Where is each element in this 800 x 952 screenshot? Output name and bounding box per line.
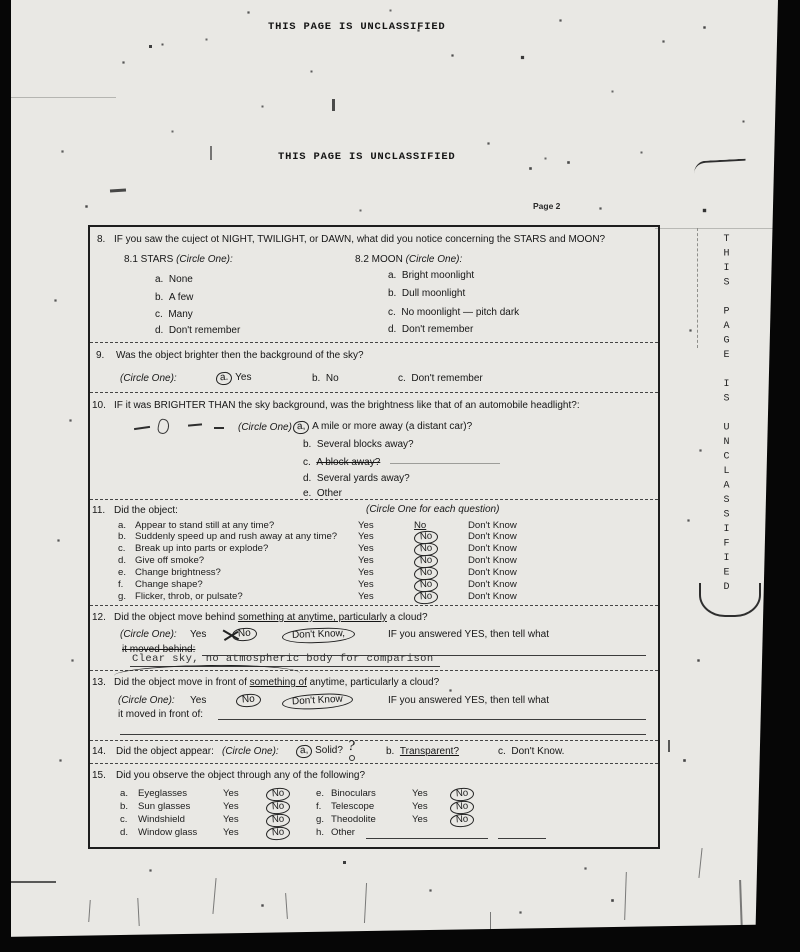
scan-scratch	[739, 880, 743, 932]
q9-number: 9.	[96, 350, 104, 361]
q10-circle-one: (Circle One)	[238, 422, 292, 433]
q10-option-e: e. Other	[303, 488, 342, 499]
q14-text: Did the object appear:	[116, 746, 214, 757]
q8-stars-option: d. Don't remember	[155, 325, 240, 336]
option-letter: c.	[155, 309, 163, 320]
question-10-section: 10. IF it was BRIGHTER THAN the sky back…	[90, 392, 658, 499]
row-label: Change brightness?	[135, 567, 221, 578]
row-label: Binoculars	[331, 788, 376, 799]
scan-scratch	[88, 900, 91, 922]
q10-text: IF it was BRIGHTER THAN the sky backgrou…	[114, 400, 580, 411]
q11-row-c: c.Break up into parts or explode? YesNoD…	[90, 543, 658, 554]
row-letter: g.	[118, 591, 126, 602]
option-letter: b.	[312, 373, 320, 384]
question-15-section: 15. Did you observe the object through a…	[90, 763, 658, 847]
q11-row-g: g.Flicker, throb, or pulsate? YesNoDon't…	[90, 591, 658, 602]
dont-know-option: Don't Know	[468, 520, 517, 531]
question-8-section: 8. IF you saw the cuject ot NIGHT, TWILI…	[90, 227, 658, 342]
scan-scratch	[364, 883, 367, 923]
scan-edge-bottom	[0, 920, 800, 952]
row-label: Suddenly speed up and rush away at any t…	[135, 531, 337, 542]
option-letter: c.	[498, 746, 506, 757]
q8-text: IF you saw the cuject ot NIGHT, TWILIGHT…	[114, 234, 605, 245]
row-label: Eyeglasses	[138, 788, 187, 799]
yes-option: Yes	[358, 579, 374, 590]
yes-option: Yes	[223, 801, 239, 812]
yes-option: Yes	[358, 531, 374, 542]
q10-option-b: b. Several blocks away?	[303, 439, 414, 450]
q13-circle-one: (Circle One):	[118, 695, 175, 706]
q8-stars-option: b. A few	[155, 292, 193, 303]
no-option-circled: No	[450, 800, 475, 815]
scanned-document-page: { "colors": { "paper": "#e9e8e4", "ink":…	[0, 0, 800, 952]
q13-number: 13.	[92, 677, 106, 688]
q15-row-3: c.Windshield YesNo g.Theodolite YesNo	[90, 814, 658, 826]
q10-option-c: c. A block away?	[303, 457, 380, 468]
q12-yes: Yes	[190, 629, 206, 640]
row-letter: d.	[118, 555, 126, 566]
q14-circle-one: (Circle One):	[222, 746, 279, 757]
option-label: Don't remember	[411, 373, 482, 384]
option-label: Don't remember	[402, 324, 473, 335]
option-letter: d.	[388, 324, 396, 335]
scan-artifact-line	[0, 97, 116, 98]
yes-option: Yes	[412, 801, 428, 812]
row-letter: a.	[120, 788, 128, 799]
bracket-mark-top	[694, 159, 747, 178]
row-letter: d.	[120, 827, 128, 838]
option-letter: c.	[388, 307, 396, 318]
row-label: Flicker, throb, or pulsate?	[135, 591, 243, 602]
option-label: Dull moonlight	[402, 288, 465, 299]
scan-artifact-line	[655, 228, 773, 229]
q11-number: 11.	[92, 505, 105, 516]
q13-moved-front-label: it moved in front of:	[118, 709, 203, 720]
pencil-squiggle	[157, 418, 171, 435]
option-letter: b.	[155, 292, 163, 303]
classification-banner-mid: THIS PAGE IS UNCLASSIFIED	[278, 151, 456, 163]
no-option-circled: No	[450, 813, 475, 828]
no-option-circled: No	[450, 787, 475, 802]
classification-vertical-note: THIS PAGE IS UNCLASSIFIED	[721, 234, 732, 597]
q8-moon-option: c. No moonlight — pitch dark	[388, 307, 519, 318]
row-letter: h.	[316, 827, 324, 838]
q12-text-pre: Did the object move behind	[114, 612, 238, 623]
q8-moon-option: d. Don't remember	[388, 324, 473, 335]
q15-text: Did you observe the object through any o…	[116, 770, 365, 781]
option-letter: c.	[398, 373, 406, 384]
no-option-circled: No	[414, 590, 439, 605]
scan-artifact-tick	[668, 740, 670, 752]
option-letter: b.	[386, 746, 394, 757]
row-letter: f.	[316, 801, 321, 812]
question-11-section: 11. Did the object: (Circle One for each…	[90, 499, 658, 605]
q8-stars-circle-one: (Circle One):	[176, 254, 233, 265]
row-label: Theodolite	[331, 814, 376, 825]
q12-text: Did the object move behind something at …	[114, 612, 428, 623]
option-label: Other	[317, 488, 342, 499]
dont-know-option: Don't Know	[468, 555, 517, 566]
circled-answer: a,	[293, 420, 310, 434]
yes-option: Yes	[412, 814, 428, 825]
dont-know-option: Don't Know	[468, 531, 517, 542]
q12-circle-one: (Circle One):	[120, 629, 177, 640]
q8-moon-circle-one: (Circle One):	[406, 254, 463, 265]
q12-dont-know-circled: Don't Know,	[282, 628, 355, 643]
q8-moon-title: 8.2 MOON	[355, 254, 403, 265]
no-option-circled: No	[232, 627, 258, 642]
scan-edge-left	[0, 0, 11, 952]
question-13-section: 13. Did the object move in front of some…	[90, 670, 658, 740]
row-label: Other	[331, 827, 355, 838]
option-label: Bright moonlight	[402, 270, 474, 281]
option-label: A few	[169, 292, 193, 303]
q11-text: Did the object:	[114, 505, 178, 516]
q13-text-post: anytime, particularly a cloud?	[307, 677, 439, 688]
scan-scratch	[698, 848, 702, 878]
q12-if-yes: IF you answered YES, then tell what	[388, 629, 549, 640]
option-label: Transparent?	[400, 746, 459, 757]
q8-stars-option: a. None	[155, 274, 193, 285]
questionnaire-form-box: 8. IF you saw the cuject ot NIGHT, TWILI…	[88, 225, 660, 849]
q12-no-circled-scribbled: No	[232, 628, 257, 641]
q9-option-dont-remember: c. Don't remember	[398, 373, 483, 384]
option-letter: b.	[303, 439, 311, 450]
q13-yes: Yes	[190, 695, 206, 706]
row-label: Break up into parts or explode?	[135, 543, 268, 554]
dont-know-circled: Don't Know	[282, 692, 354, 711]
row-label: Windshield	[138, 814, 185, 825]
yes-option: Yes	[223, 814, 239, 825]
row-label: Window glass	[138, 827, 197, 838]
q8-number: 8.	[97, 234, 105, 245]
q9-circle-one: (Circle One):	[120, 373, 177, 384]
yes-option: Yes	[412, 788, 428, 799]
q10-option-d: d. Several yards away?	[303, 473, 410, 484]
scan-edge-right	[753, 0, 800, 952]
handwritten-small-circle	[349, 755, 355, 761]
option-letter: b.	[388, 288, 396, 299]
pencil-mark	[214, 427, 224, 429]
dont-know-option: Don't Know	[468, 543, 517, 554]
no-option-circled: No	[236, 693, 262, 708]
option-letter: d.	[155, 325, 163, 336]
option-label: No	[326, 373, 339, 384]
row-label: Give off smoke?	[135, 555, 204, 566]
row-letter: c.	[120, 814, 127, 825]
question-12-section: 12. Did the object move behind something…	[90, 605, 658, 670]
no-option-circled: No	[266, 826, 291, 841]
dont-know-option: Don't Know	[468, 579, 517, 590]
handwritten-question-mark: ?	[347, 739, 356, 755]
q13-no-circled: No	[236, 694, 261, 707]
scan-artifact-tick	[332, 99, 335, 111]
row-letter: e.	[316, 788, 324, 799]
q13-dont-know-circled: Don't Know	[282, 694, 353, 709]
q12-number: 12.	[92, 612, 106, 623]
q15-number: 15.	[92, 770, 106, 781]
scan-fold-line	[697, 228, 698, 348]
no-option-circled: No	[266, 813, 291, 828]
option-letter: c.	[303, 457, 311, 468]
row-label: Telescope	[331, 801, 374, 812]
q15-row-2: b.Sun glasses YesNo f.Telescope YesNo	[90, 801, 658, 813]
strike-extension-line	[390, 463, 500, 464]
option-letter: a.	[388, 270, 396, 281]
q14-option-dont-know: c. Don't Know.	[498, 746, 564, 757]
q8-stars-option: c. Many	[155, 309, 193, 320]
q11-row-e: e.Change brightness? YesNoDon't Know	[90, 567, 658, 578]
scan-scratch	[285, 893, 288, 919]
row-letter: a.	[118, 520, 126, 531]
q12-text-underlined: something at anytime, particularly	[238, 612, 387, 623]
q8-moon-heading: 8.2 MOON (Circle One):	[355, 254, 462, 265]
yes-option: Yes	[358, 567, 374, 578]
option-label: Several blocks away?	[317, 439, 414, 450]
q11-row-a: a.Appear to stand still at any time? Yes…	[90, 520, 658, 531]
scan-artifact-dash	[110, 188, 126, 192]
q11-instruction: (Circle One for each question)	[366, 504, 499, 515]
q14-option-transparent: b. Transparent?	[386, 746, 459, 757]
question-9-section: 9. Was the object brighter then the back…	[90, 342, 658, 392]
q11-row-f: f.Change shape? YesNoDon't Know	[90, 579, 658, 590]
q13-answer-line-2	[120, 733, 646, 735]
q14-option-solid: a, Solid?	[296, 745, 343, 758]
row-label: Change shape?	[135, 579, 203, 590]
row-letter: b.	[118, 531, 126, 542]
option-letter: d.	[303, 473, 311, 484]
option-label: Solid?	[315, 745, 343, 756]
dont-know-option: Don't Know	[468, 567, 517, 578]
option-label: No moonlight — pitch dark	[401, 307, 519, 318]
no-option-underlined: No	[414, 520, 426, 531]
option-label: Many	[168, 309, 192, 320]
scan-scratch	[212, 878, 216, 914]
q12-answer-line	[202, 654, 646, 656]
yes-option: Yes	[358, 543, 374, 554]
option-label: Yes	[235, 372, 251, 383]
q15-other-line-2	[498, 837, 546, 839]
scan-scratch	[624, 872, 627, 920]
dont-know-option: Don't Know	[468, 591, 517, 602]
q10-number: 10.	[92, 400, 106, 411]
option-label: Don't Know.	[511, 746, 564, 757]
row-letter: g.	[316, 814, 324, 825]
scan-artifact-line	[10, 881, 56, 883]
q10-option-a: a, A mile or more away (a distant car)?	[293, 421, 472, 434]
scan-scratch	[490, 912, 491, 930]
option-label: A mile or more away (a distant car)?	[312, 421, 472, 432]
q13-answer-line-1	[218, 718, 646, 720]
option-label-struck: A block away?	[316, 457, 380, 468]
no-option-circled: No	[266, 800, 291, 815]
q9-text: Was the object brighter then the backgro…	[116, 350, 364, 361]
yes-option: Yes	[223, 827, 239, 838]
q15-other-line	[366, 837, 488, 839]
option-label: None	[169, 274, 193, 285]
no-option-circled: No	[266, 787, 291, 802]
circled-answer: a,	[296, 744, 313, 758]
option-label: Several yards away?	[317, 473, 410, 484]
row-letter: c.	[118, 543, 125, 554]
scan-artifact-tick	[210, 146, 212, 160]
q8-moon-option: a. Bright moonlight	[388, 270, 474, 281]
classification-banner-top: THIS PAGE IS UNCLASSIFIED	[268, 21, 446, 33]
row-label: Appear to stand still at any time?	[135, 520, 274, 531]
row-letter: f.	[118, 579, 123, 590]
q14-number: 14.	[92, 746, 106, 757]
dont-know-circled: Don't Know,	[282, 627, 356, 645]
q11-row-d: d.Give off smoke? YesNoDon't Know	[90, 555, 658, 566]
yes-option: Yes	[223, 788, 239, 799]
scan-scratch	[137, 898, 139, 926]
row-letter: b.	[120, 801, 128, 812]
question-14-section: 14. Did the object appear: (Circle One):…	[90, 740, 658, 763]
row-label: Sun glasses	[138, 801, 190, 812]
yes-option: Yes	[358, 591, 374, 602]
circled-answer: a.	[216, 371, 233, 385]
row-letter: e.	[118, 567, 126, 578]
pencil-mark	[188, 423, 202, 426]
q12-text-post: a cloud?	[387, 612, 428, 623]
q9-option-no: b. No	[312, 373, 339, 384]
option-letter: a.	[155, 274, 163, 285]
option-letter: e.	[303, 488, 311, 499]
page-number: Page 2	[533, 201, 560, 211]
yes-option: Yes	[358, 520, 374, 531]
pencil-mark	[134, 426, 150, 430]
option-label: Don't remember	[169, 325, 240, 336]
yes-option: Yes	[358, 555, 374, 566]
q11-row-b: b.Suddenly speed up and rush away at any…	[90, 531, 658, 542]
q8-stars-title: 8.1 STARS	[124, 254, 173, 265]
q9-option-yes: a. Yes	[216, 372, 251, 385]
q13-if-yes: IF you answered YES, then tell what	[388, 695, 549, 706]
q15-row-1: a.Eyeglasses YesNo e.Binoculars YesNo	[90, 788, 658, 800]
q8-moon-option: b. Dull moonlight	[388, 288, 465, 299]
q8-stars-heading: 8.1 STARS (Circle One):	[124, 254, 233, 265]
